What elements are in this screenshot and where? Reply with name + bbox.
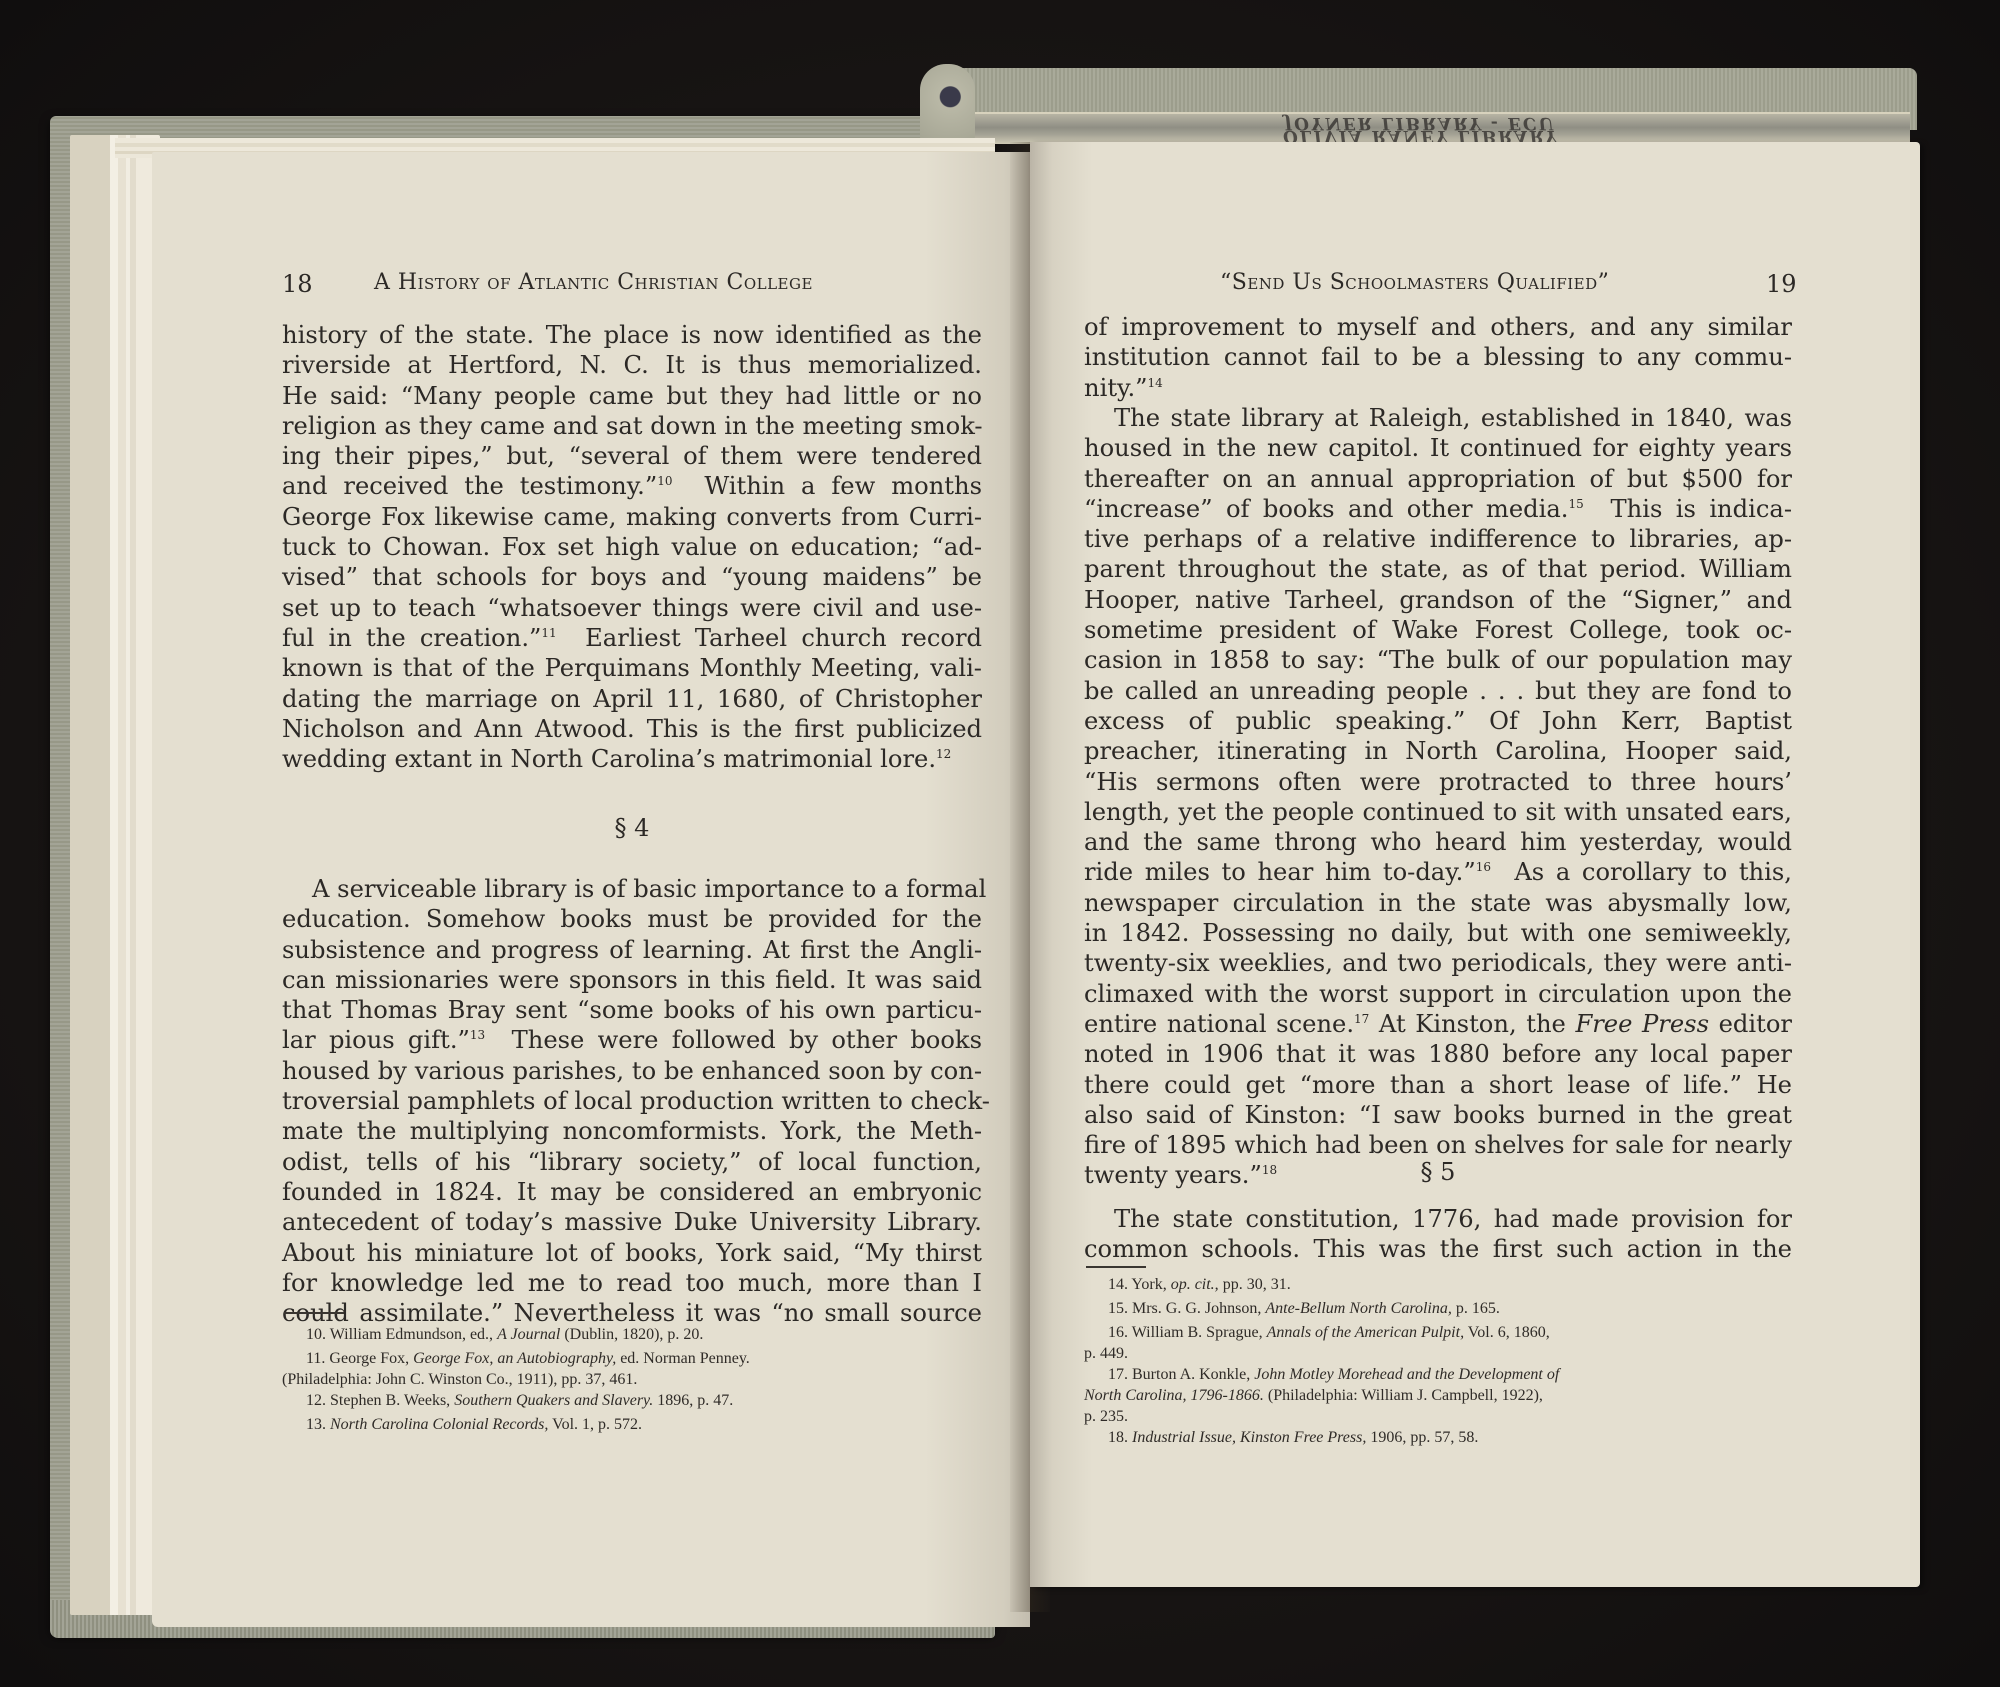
work-title: Ante-Bellum North Carolina, xyxy=(1265,1300,1452,1317)
text-line: sometime president of Wake Forest Colleg… xyxy=(1084,615,1792,645)
text-line-with-note: ful in the creation.”11 Earliest Tarheel… xyxy=(282,623,982,653)
text-line: riverside at Hertford, N. C. It is thus … xyxy=(282,350,982,380)
photo-background: OLIVIA RANEY LIBRARY JOYNER LIBRARY - EC… xyxy=(0,0,2000,1687)
text-line: housed in the new capitol. It continued … xyxy=(1084,433,1792,463)
footnote-number: 17. xyxy=(1108,1366,1128,1383)
text-line: He said: “Many people came but they had … xyxy=(282,381,982,411)
text-line: climaxed with the worst support in circu… xyxy=(1084,979,1792,1009)
text: As a corollary to this, xyxy=(1514,858,1792,886)
footnote-ref-11[interactable]: 11 xyxy=(541,626,556,640)
work-title: op. cit., xyxy=(1171,1276,1219,1293)
text-line: set up to teach “whatsoever things were … xyxy=(282,593,982,623)
text-line: of improvement to myself and others, and… xyxy=(1084,312,1792,342)
text-line: and the same throng who heard him yester… xyxy=(1084,827,1792,857)
text: William Edmundson, ed., xyxy=(330,1326,497,1343)
work-title: George Fox, an Autobiography, xyxy=(413,1350,616,1367)
text-line: ing their pipes,” but, “several of them … xyxy=(282,441,982,471)
text: William B. Sprague, xyxy=(1132,1324,1267,1341)
edge-stamp-line-2: JOYNER LIBRARY - ECU xyxy=(1194,116,1645,129)
work-title: John Motley Morehead and the Development… xyxy=(1254,1366,1559,1383)
text: George Fox, xyxy=(329,1350,413,1367)
footnote-ref-10[interactable]: 10 xyxy=(657,474,672,488)
text: Burton A. Konkle, xyxy=(1132,1366,1254,1383)
text: Earliest Tarheel church record xyxy=(585,624,982,652)
text: (Philadelphia: William J. Campbell, 1922… xyxy=(1264,1387,1543,1404)
footnote-13: 13. North Carolina Colonial Records, Vol… xyxy=(282,1414,982,1435)
text-line: casion in 1858 to say: “The bulk of our … xyxy=(1084,645,1792,675)
footnotes: 14. York, op. cit., pp. 30, 31. 15. Mrs.… xyxy=(1084,1274,1792,1448)
body-paragraph-3: The state constitution, 1776, had made p… xyxy=(1084,1204,1792,1265)
footnote-16-continued: p. 449. xyxy=(1084,1343,1792,1364)
text-line: dating the marriage on April 11, 1680, o… xyxy=(282,684,982,714)
text: and received the testimony.” xyxy=(282,472,657,500)
work-title: Annals of the American Pulpit, xyxy=(1267,1324,1464,1341)
left-page-stack xyxy=(70,135,160,1615)
footnote-11-continued: (Philadelphia: John C. Winston Co., 1911… xyxy=(282,1369,982,1390)
left-page: 18 A History of Atlantic Christian Colle… xyxy=(152,152,1030,1627)
text-line-with-note: “increase” of books and other media.15 T… xyxy=(1084,494,1792,524)
body-paragraph-2: The state library at Raleigh, establishe… xyxy=(1084,403,1792,1191)
work-title: North Carolina Colonial Records, xyxy=(330,1416,548,1433)
footnote-ref-15[interactable]: 15 xyxy=(1569,497,1584,511)
work-title: Southern Quakers and Slavery. xyxy=(454,1392,653,1409)
text: pp. 30, 31. xyxy=(1219,1276,1291,1293)
text-line: A serviceable library is of basic import… xyxy=(282,874,982,904)
work-title: Industrial Issue, Kinston Free Press, xyxy=(1132,1429,1366,1446)
footnote-ref-16[interactable]: 16 xyxy=(1476,860,1491,874)
text-line: in 1842. Possessing no daily, but with o… xyxy=(1084,918,1792,948)
text-line: Nicholson and Ann Atwood. This is the fi… xyxy=(282,714,982,744)
footnote-ref-13[interactable]: 13 xyxy=(470,1028,485,1042)
text: This is indica- xyxy=(1611,495,1792,523)
text-line: common schools. This was the first such … xyxy=(1084,1234,1792,1264)
body-paragraph-continued: of improvement to myself and others, and… xyxy=(1084,312,1792,403)
footnote-16: 16. William B. Sprague, Annals of the Am… xyxy=(1084,1322,1792,1343)
right-page: “Send Us Schoolmasters Qualified” 19 of … xyxy=(1030,142,1920,1587)
text-line: noted in 1906 that it was 1880 before an… xyxy=(1084,1039,1792,1069)
body-paragraph-1: history of the state. The place is now i… xyxy=(282,320,982,774)
text-line: for knowledge led me to read too much, m… xyxy=(282,1268,982,1298)
newspaper-title: Free Press xyxy=(1575,1010,1709,1038)
text: wedding extant in North Carolina’s matri… xyxy=(282,745,936,773)
text: (Dublin, 1820), p. 20. xyxy=(560,1326,703,1343)
text-line: troversial pamphlets of local production… xyxy=(282,1086,982,1116)
text: 1896, p. 47. xyxy=(653,1392,733,1409)
text-line: also said of Kinston: “I saw books burne… xyxy=(1084,1100,1792,1130)
text-line-with-note: lar pious gift.”13 These were followed b… xyxy=(282,1025,982,1055)
footnote-rule xyxy=(1086,1266,1146,1268)
page-number: 18 xyxy=(282,270,313,298)
text-line: that Thomas Bray sent “some books of his… xyxy=(282,995,982,1025)
footnote-11: 11. George Fox, George Fox, an Autobiogr… xyxy=(282,1348,982,1369)
text-line-with-note: wedding extant in North Carolina’s matri… xyxy=(282,744,982,774)
footnote-number: 14. xyxy=(1108,1276,1128,1293)
text-line: Hooper, native Tarheel, grandson of the … xyxy=(1084,585,1792,615)
text-line: twenty-six weeklies, and two periodicals… xyxy=(1084,948,1792,978)
text-line: known is that of the Perquimans Monthly … xyxy=(282,653,982,683)
text: 1906, pp. 57, 58. xyxy=(1366,1429,1478,1446)
text-line: “His sermons often were protracted to th… xyxy=(1084,767,1792,797)
text-line: thereafter on an annual appropriation of… xyxy=(1084,464,1792,494)
footnote-14: 14. York, op. cit., pp. 30, 31. xyxy=(1084,1274,1792,1295)
footnote-number: 12. xyxy=(306,1392,326,1409)
work-title: North Carolina, 1796-1866. xyxy=(1084,1387,1264,1404)
footnote-18: 18. Industrial Issue, Kinston Free Press… xyxy=(1084,1427,1792,1448)
footnote-ref-17[interactable]: 17 xyxy=(1354,1012,1369,1026)
text-line-with-note: and received the testimony.”10 Within a … xyxy=(282,471,982,501)
text: ful in the creation.” xyxy=(282,624,541,652)
text-line: religion as they came and sat down in th… xyxy=(282,411,982,441)
text: Vol. 6, 1860, xyxy=(1464,1324,1550,1341)
text-line: The state library at Raleigh, establishe… xyxy=(1084,403,1792,433)
text-line: subsistence and progress of learning. At… xyxy=(282,935,982,965)
text: lar pious gift.” xyxy=(282,1026,470,1054)
footnote-17-continued-2: p. 235. xyxy=(1084,1406,1792,1427)
text-line: odist, tells of his “library society,” o… xyxy=(282,1147,982,1177)
text-line: length, yet the people continued to sit … xyxy=(1084,797,1792,827)
text-line: parent throughout the state, as of that … xyxy=(1084,554,1792,584)
text: ed. Norman Penney. xyxy=(616,1350,750,1367)
text-line-with-note: nity.”14 xyxy=(1084,373,1792,403)
text-line: newspaper circulation in the state was a… xyxy=(1084,888,1792,918)
text-line: institution cannot fail to be a blessing… xyxy=(1084,342,1792,372)
text-line-with-note: entire national scene.17 At Kinston, the… xyxy=(1084,1009,1792,1039)
text-line: antecedent of today’s massive Duke Unive… xyxy=(282,1207,982,1237)
text-line: housed by various parishes, to be enhanc… xyxy=(282,1056,982,1086)
work-title: A Journal xyxy=(497,1326,560,1343)
section-heading-5: § 5 xyxy=(1084,1158,1792,1186)
running-head: “Send Us Schoolmasters Qualified” xyxy=(1220,270,1609,295)
text: editor xyxy=(1709,1010,1792,1038)
text-line: tive perhaps of a relative indifference … xyxy=(1084,524,1792,554)
text-line: tuck to Chowan. Fox set high value on ed… xyxy=(282,532,982,562)
text-line: can missionaries were sponsors in this f… xyxy=(282,965,982,995)
text-line: history of the state. The place is now i… xyxy=(282,320,982,350)
text-line: founded in 1824. It may be considered an… xyxy=(282,1177,982,1207)
footnote-15: 15. Mrs. G. G. Johnson, Ante-Bellum Nort… xyxy=(1084,1298,1792,1319)
text-line: About his miniature lot of books, York s… xyxy=(282,1238,982,1268)
text: Vol. 1, p. 572. xyxy=(548,1416,642,1433)
footnote-number: 16. xyxy=(1108,1324,1128,1341)
text: York, xyxy=(1131,1276,1170,1293)
footnote-10: 10. William Edmundson, ed., A Journal (D… xyxy=(282,1324,982,1345)
footnotes: 10. William Edmundson, ed., A Journal (D… xyxy=(282,1324,982,1435)
text: Mrs. G. G. Johnson, xyxy=(1132,1300,1265,1317)
text-line: mate the multiplying noncomformists. Yor… xyxy=(282,1116,982,1146)
footnote-number: 18. xyxy=(1108,1429,1128,1446)
text-line: fire of 1895 which had been on shelves f… xyxy=(1084,1130,1792,1160)
text-line: preacher, itinerating in North Carolina,… xyxy=(1084,736,1792,766)
text: Stephen B. Weeks, xyxy=(330,1392,454,1409)
text: At Kinston, the xyxy=(1379,1010,1576,1038)
text: p. 165. xyxy=(1452,1300,1500,1317)
text-line: excess of public speaking.” Of John Kerr… xyxy=(1084,706,1792,736)
text: nity.” xyxy=(1084,374,1148,402)
text-line: The state constitution, 1776, had made p… xyxy=(1084,1204,1792,1234)
footnote-ref-14[interactable]: 14 xyxy=(1148,376,1163,390)
footnote-number: 11. xyxy=(306,1350,325,1367)
page-number: 19 xyxy=(1766,270,1797,298)
text: Within a few months xyxy=(704,472,982,500)
text-line: George Fox likewise came, making convert… xyxy=(282,502,982,532)
library-edge-stamp: OLIVIA RANEY LIBRARY JOYNER LIBRARY - EC… xyxy=(1193,112,1646,142)
text: entire national scene. xyxy=(1084,1010,1354,1038)
text: These were followed by other books xyxy=(512,1026,982,1054)
text: “increase” of books and other media. xyxy=(1084,495,1569,523)
footnote-17-continued: North Carolina, 1796-1866. (Philadelphia… xyxy=(1084,1385,1792,1406)
running-head: A History of Atlantic Christian College xyxy=(374,270,813,295)
footnote-12: 12. Stephen B. Weeks, Southern Quakers a… xyxy=(282,1390,982,1411)
text-line: there could get “more than a short lease… xyxy=(1084,1070,1792,1100)
footnote-number: 10. xyxy=(306,1326,326,1343)
footnote-17: 17. Burton A. Konkle, John Motley Morehe… xyxy=(1084,1364,1792,1385)
footnote-rule xyxy=(284,1312,344,1314)
spine-headband xyxy=(920,64,975,146)
footnote-number: 15. xyxy=(1108,1300,1128,1317)
text-line: education. Somehow books must be provide… xyxy=(282,904,982,934)
text-line: vised” that schools for boys and “young … xyxy=(282,562,982,592)
body-paragraph-2: A serviceable library is of basic import… xyxy=(282,874,982,1328)
footnote-ref-12[interactable]: 12 xyxy=(936,747,951,761)
text-line-with-note: ride miles to hear him to-day.”16 As a c… xyxy=(1084,857,1792,887)
text: ride miles to hear him to-day.” xyxy=(1084,858,1476,886)
section-heading-4: § 4 xyxy=(282,814,982,842)
text-line: be called an unreading people . . . but … xyxy=(1084,676,1792,706)
footnote-number: 13. xyxy=(306,1416,326,1433)
